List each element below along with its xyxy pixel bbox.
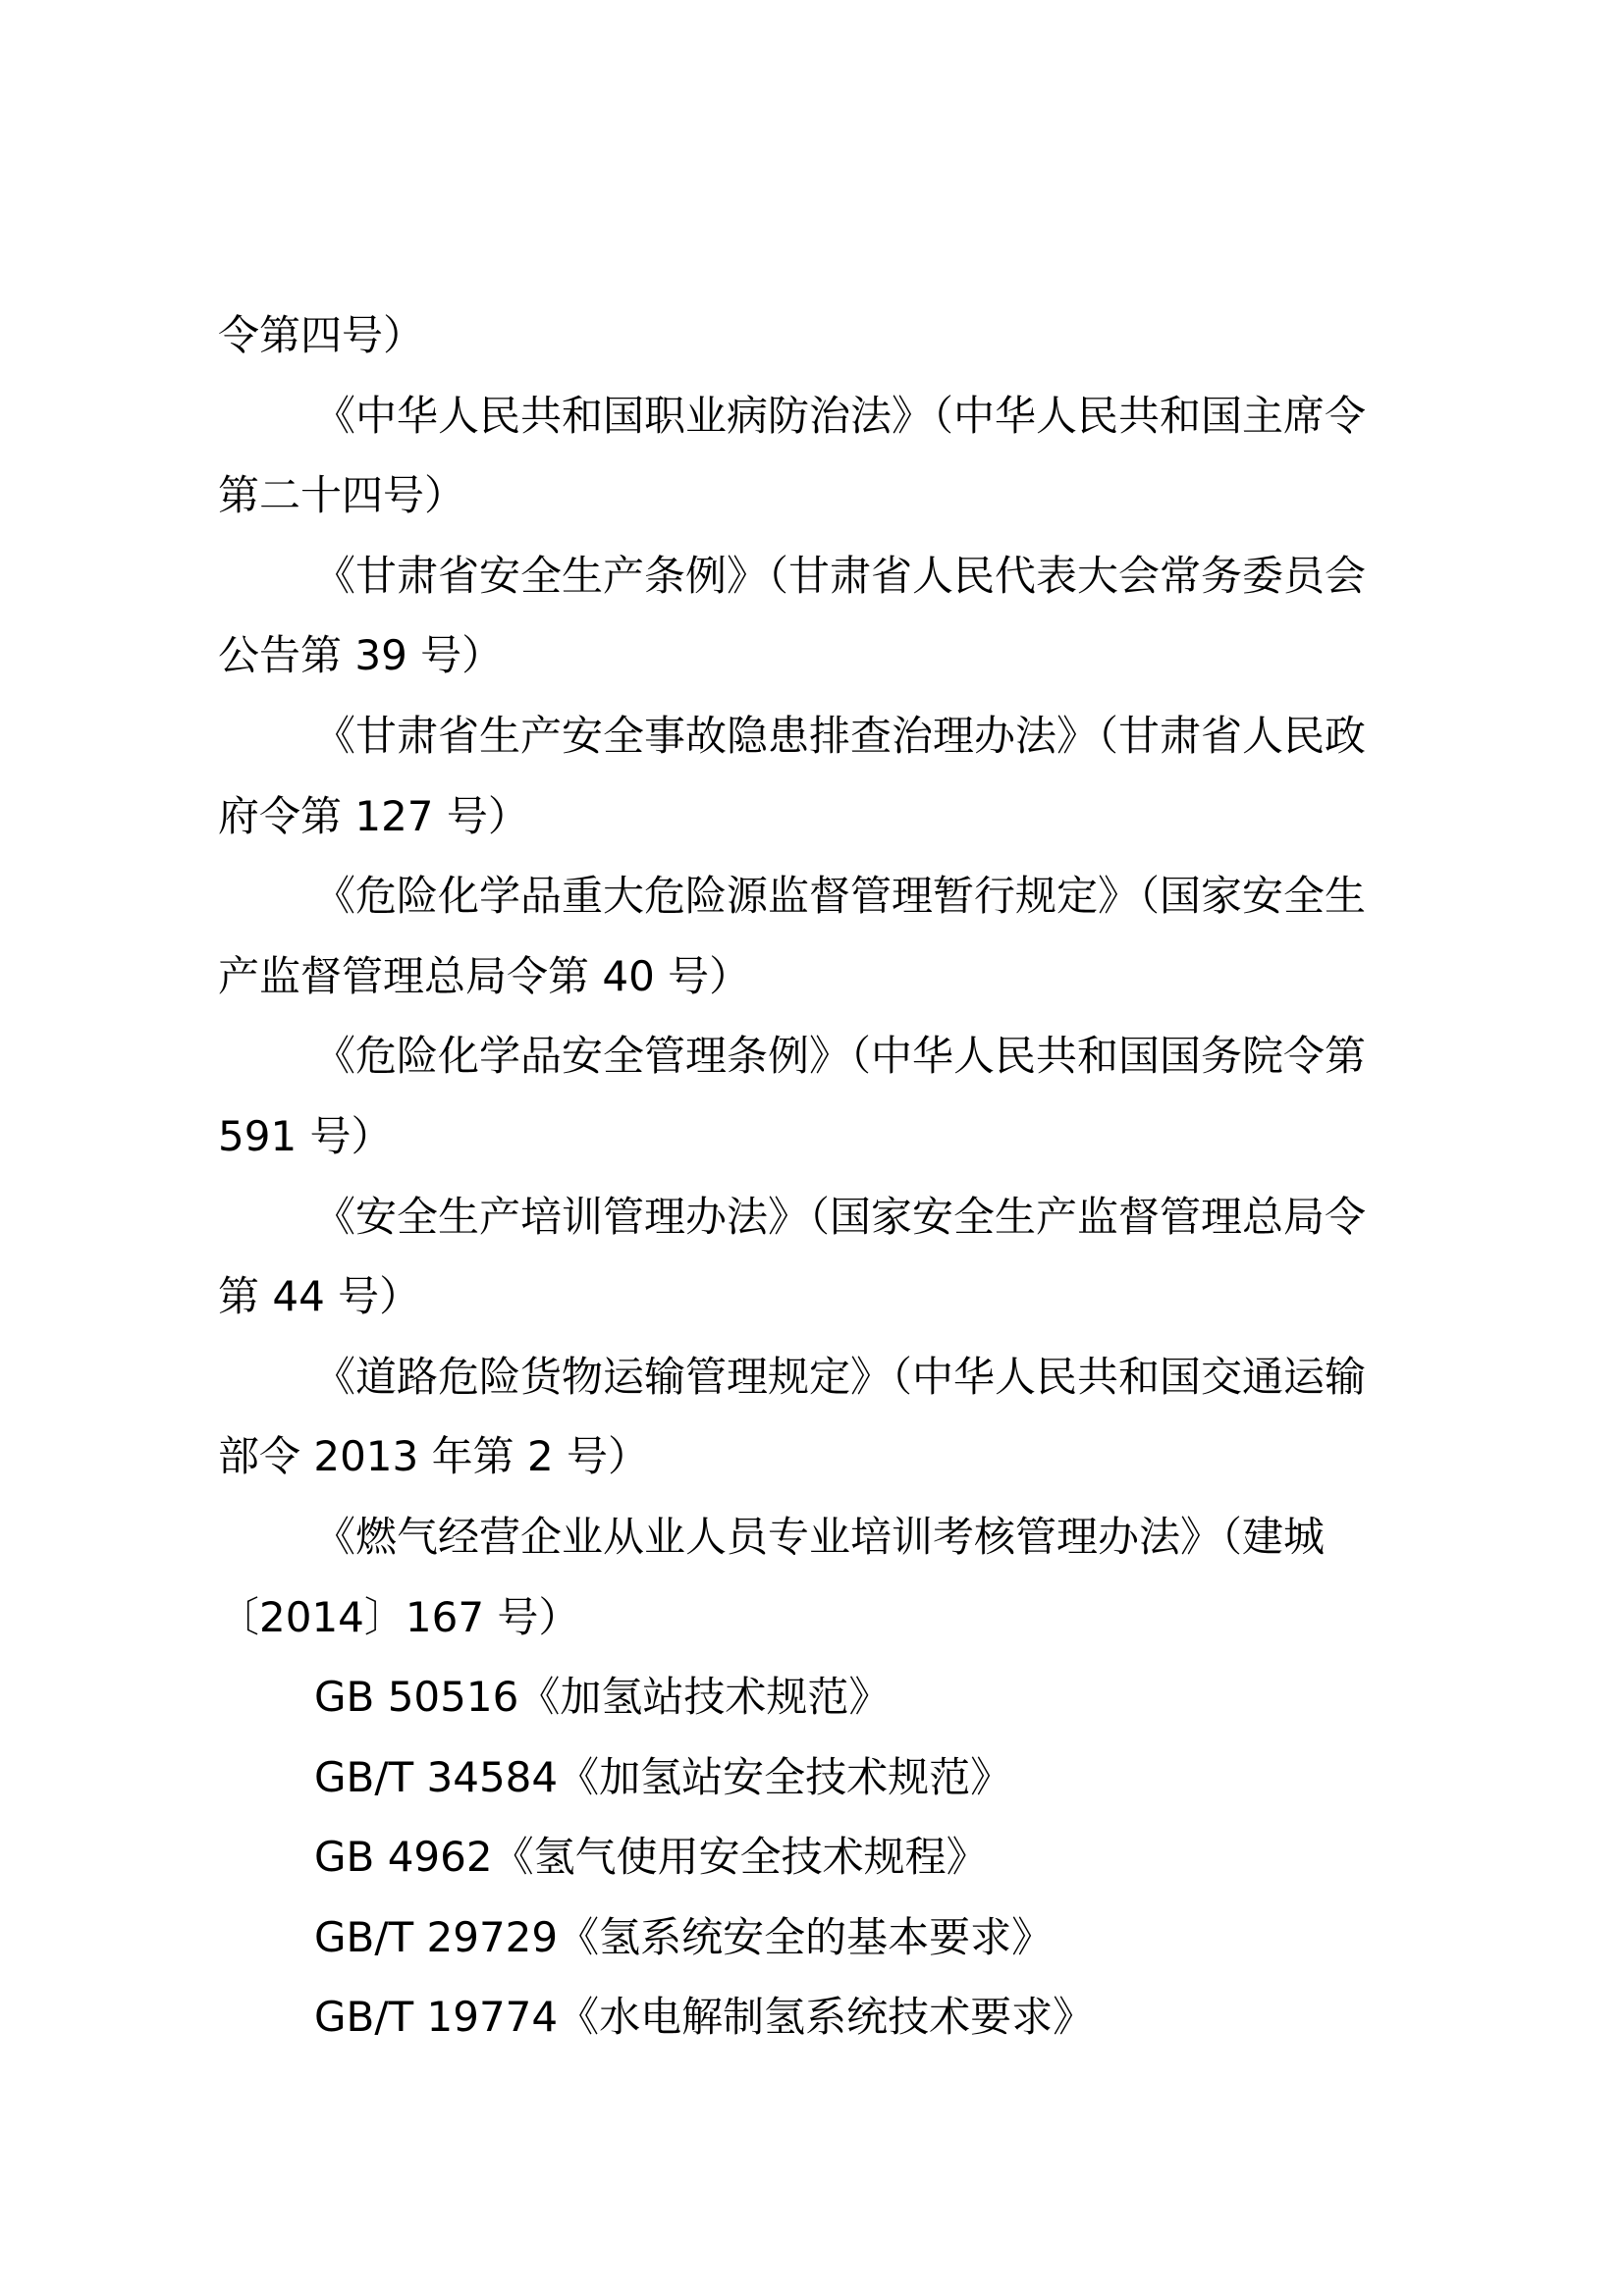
text-line: 《中华人民共和国职业病防治法》（中华人民共和国主席令 xyxy=(218,376,1428,456)
text-line: 〔2014〕167 号） xyxy=(218,1577,1428,1658)
text-line: 《甘肃省安全生产条例》（甘肃省人民代表大会常务委员会 xyxy=(218,536,1428,616)
text-line: 第二十四号） xyxy=(218,455,1428,536)
standard-item: GB/T 34584《加氢站安全技术规范》 xyxy=(218,1737,1428,1818)
standard-item: GB/T 29729《氢系统安全的基本要求》 xyxy=(218,1897,1428,1978)
standard-item: GB 4962《氢气使用安全技术规程》 xyxy=(218,1817,1428,1897)
text-line: 公告第 39 号） xyxy=(218,615,1428,696)
text-line: 《危险化学品安全管理条例》（中华人民共和国国务院令第 xyxy=(218,1016,1428,1096)
text-line: 府令第 127 号） xyxy=(218,776,1428,857)
regulation-gansu-safety-production: 《甘肃省安全生产条例》（甘肃省人民代表大会常务委员会 公告第 39 号） xyxy=(218,536,1428,696)
text-line: 产监督管理总局令第 40 号） xyxy=(218,936,1428,1017)
regulation-major-hazard-sources: 《危险化学品重大危险源监督管理暂行规定》（国家安全生 产监督管理总局令第 40 … xyxy=(218,856,1428,1016)
text-line: 591 号） xyxy=(218,1096,1428,1177)
standards-list: GB 50516《加氢站技术规范》 GB/T 34584《加氢站安全技术规范》 … xyxy=(218,1657,1428,2057)
regulation-gas-staff-training: 《燃气经营企业从业人员专业培训考核管理办法》（建城 〔2014〕167 号） xyxy=(218,1497,1428,1657)
text-line: 《安全生产培训管理办法》（国家安全生产监督管理总局令 xyxy=(218,1177,1428,1257)
regulation-safety-training: 《安全生产培训管理办法》（国家安全生产监督管理总局令 第 44 号） xyxy=(218,1177,1428,1337)
text-line: 《道路危险货物运输管理规定》（中华人民共和国交通运输 xyxy=(218,1337,1428,1417)
regulation-continuation: 令第四号） xyxy=(218,295,1428,376)
regulation-hazardous-chemicals-safety: 《危险化学品安全管理条例》（中华人民共和国国务院令第 591 号） xyxy=(218,1016,1428,1176)
standard-item: GB/T 19774《水电解制氢系统技术要求》 xyxy=(218,1977,1428,2057)
regulation-road-dangerous-goods: 《道路危险货物运输管理规定》（中华人民共和国交通运输 部令 2013 年第 2 … xyxy=(218,1337,1428,1497)
text-line: 部令 2013 年第 2 号） xyxy=(218,1416,1428,1497)
standard-item: GB 50516《加氢站技术规范》 xyxy=(218,1657,1428,1737)
document-page: 令第四号） 《中华人民共和国职业病防治法》（中华人民共和国主席令 第二十四号） … xyxy=(218,295,1428,2057)
text-line: 《甘肃省生产安全事故隐患排查治理办法》（甘肃省人民政 xyxy=(218,696,1428,776)
text-line: 《危险化学品重大危险源监督管理暂行规定》（国家安全生 xyxy=(218,856,1428,936)
text-line: 《燃气经营企业从业人员专业培训考核管理办法》（建城 xyxy=(218,1497,1428,1577)
regulation-gansu-hazard-investigation: 《甘肃省生产安全事故隐患排查治理办法》（甘肃省人民政 府令第 127 号） xyxy=(218,696,1428,856)
regulation-occupational-disease-law: 《中华人民共和国职业病防治法》（中华人民共和国主席令 第二十四号） xyxy=(218,376,1428,536)
text-line: 令第四号） xyxy=(218,295,1428,376)
text-line: 第 44 号） xyxy=(218,1256,1428,1337)
